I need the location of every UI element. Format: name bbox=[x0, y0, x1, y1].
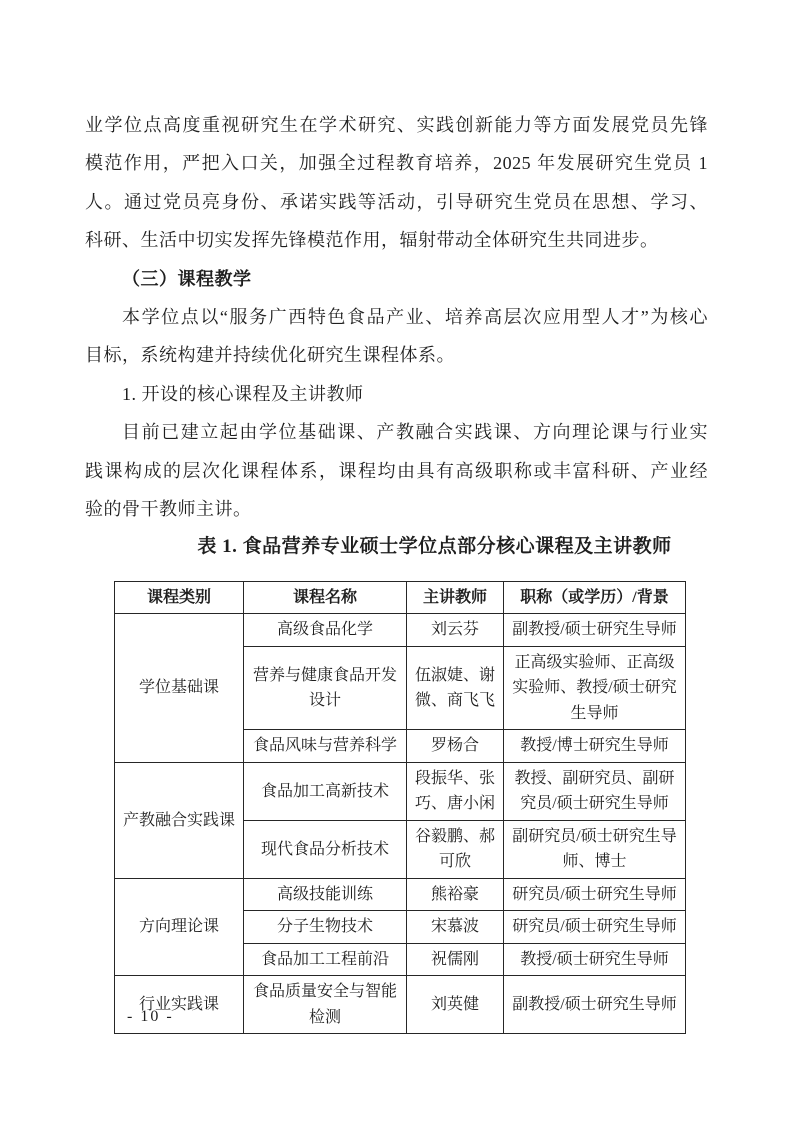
header-teacher: 主讲教师 bbox=[407, 581, 504, 614]
text-line: 本学位点以“服务广西特色食品产业、培养高层次应用型人才”为核心 bbox=[85, 298, 708, 336]
item-heading: 1. 开设的核心课程及主讲教师 bbox=[85, 375, 708, 413]
title-cell: 教授/博士研究生导师 bbox=[504, 730, 686, 763]
text-line: 目前已建立起由学位基础课、产教融合实践课、方向理论课与行业实 bbox=[85, 413, 708, 451]
paragraph-course-system: 目前已建立起由学位基础课、产教融合实践课、方向理论课与行业实 践课构成的层次化课… bbox=[85, 413, 708, 528]
course-cell: 现代食品分析技术 bbox=[244, 820, 407, 878]
text-line: 模范作用，严把入口关，加强全过程教育培养，2025 年发展研究生党员 1 bbox=[85, 144, 708, 182]
course-cell: 高级技能训练 bbox=[244, 878, 407, 911]
table-row: 产教融合实践课 食品加工高新技术 段振华、张巧、唐小闲 教授、副研究员、副研究员… bbox=[115, 762, 686, 820]
title-cell: 副教授/硕士研究生导师 bbox=[504, 976, 686, 1034]
course-cell: 食品加工高新技术 bbox=[244, 762, 407, 820]
table-caption: 表 1. 食品营养专业硕士学位点部分核心课程及主讲教师 bbox=[85, 528, 708, 566]
header-course-category: 课程类别 bbox=[115, 581, 244, 614]
title-cell: 教授/硕士研究生导师 bbox=[504, 943, 686, 976]
teacher-cell: 宋慕波 bbox=[407, 911, 504, 944]
text-line: 人。通过党员亮身份、承诺实践等活动，引导研究生党员在思想、学习、 bbox=[85, 183, 708, 221]
header-course-name: 课程名称 bbox=[244, 581, 407, 614]
document-page: 业学位点高度重视研究生在学术研究、实践创新能力等方面发展党员先锋 模范作用，严把… bbox=[0, 0, 794, 1123]
course-cell: 分子生物技术 bbox=[244, 911, 407, 944]
teacher-cell: 祝儒刚 bbox=[407, 943, 504, 976]
course-cell: 食品风味与营养科学 bbox=[244, 730, 407, 763]
title-cell: 副教授/硕士研究生导师 bbox=[504, 614, 686, 647]
text-line: 目标，系统构建并持续优化研究生课程体系。 bbox=[85, 336, 708, 374]
table-row: 行业实践课 食品质量安全与智能检测 刘英健 副教授/硕士研究生导师 bbox=[115, 976, 686, 1034]
teacher-cell: 刘英健 bbox=[407, 976, 504, 1034]
teacher-cell: 伍淑婕、谢微、商飞飞 bbox=[407, 646, 504, 730]
page-content: 业学位点高度重视研究生在学术研究、实践创新能力等方面发展党员先锋 模范作用，严把… bbox=[85, 106, 708, 1034]
title-cell: 教授、副研究员、副研究员/硕士研究生导师 bbox=[504, 762, 686, 820]
text-line: 业学位点高度重视研究生在学术研究、实践创新能力等方面发展党员先锋 bbox=[85, 106, 708, 144]
teacher-cell: 罗杨合 bbox=[407, 730, 504, 763]
table-header-row: 课程类别 课程名称 主讲教师 职称（或学历）/背景 bbox=[115, 581, 686, 614]
course-cell: 食品加工工程前沿 bbox=[244, 943, 407, 976]
title-cell: 副研究员/硕士研究生导师、博士 bbox=[504, 820, 686, 878]
section-heading: （三）课程教学 bbox=[85, 260, 708, 298]
text-line: 践课构成的层次化课程体系，课程均由具有高级职称或丰富科研、产业经 bbox=[85, 452, 708, 490]
title-cell: 正高级实验师、正高级实验师、教授/硕士研究生导师 bbox=[504, 646, 686, 730]
core-courses-table: 课程类别 课程名称 主讲教师 职称（或学历）/背景 学位基础课 高级食品化学 刘… bbox=[114, 581, 686, 1035]
page-number: - 10 - bbox=[127, 1008, 174, 1026]
teacher-cell: 刘云芬 bbox=[407, 614, 504, 647]
text-line: 验的骨干教师主讲。 bbox=[85, 490, 708, 528]
category-cell: 产教融合实践课 bbox=[115, 762, 244, 878]
course-cell: 高级食品化学 bbox=[244, 614, 407, 647]
header-title-background: 职称（或学历）/背景 bbox=[504, 581, 686, 614]
title-cell: 研究员/硕士研究生导师 bbox=[504, 911, 686, 944]
category-cell: 学位基础课 bbox=[115, 614, 244, 763]
course-cell: 营养与健康食品开发设计 bbox=[244, 646, 407, 730]
text-line: 科研、生活中切实发挥先锋模范作用，辐射带动全体研究生共同进步。 bbox=[85, 221, 708, 259]
title-cell: 研究员/硕士研究生导师 bbox=[504, 878, 686, 911]
paragraph-continuation: 业学位点高度重视研究生在学术研究、实践创新能力等方面发展党员先锋 模范作用，严把… bbox=[85, 106, 708, 260]
teacher-cell: 谷毅鹏、郝可欣 bbox=[407, 820, 504, 878]
teacher-cell: 熊裕豪 bbox=[407, 878, 504, 911]
category-cell: 方向理论课 bbox=[115, 878, 244, 976]
paragraph-core-goal: 本学位点以“服务广西特色食品产业、培养高层次应用型人才”为核心 目标，系统构建并… bbox=[85, 298, 708, 375]
course-cell: 食品质量安全与智能检测 bbox=[244, 976, 407, 1034]
table-row: 方向理论课 高级技能训练 熊裕豪 研究员/硕士研究生导师 bbox=[115, 878, 686, 911]
teacher-cell: 段振华、张巧、唐小闲 bbox=[407, 762, 504, 820]
table-row: 学位基础课 高级食品化学 刘云芬 副教授/硕士研究生导师 bbox=[115, 614, 686, 647]
